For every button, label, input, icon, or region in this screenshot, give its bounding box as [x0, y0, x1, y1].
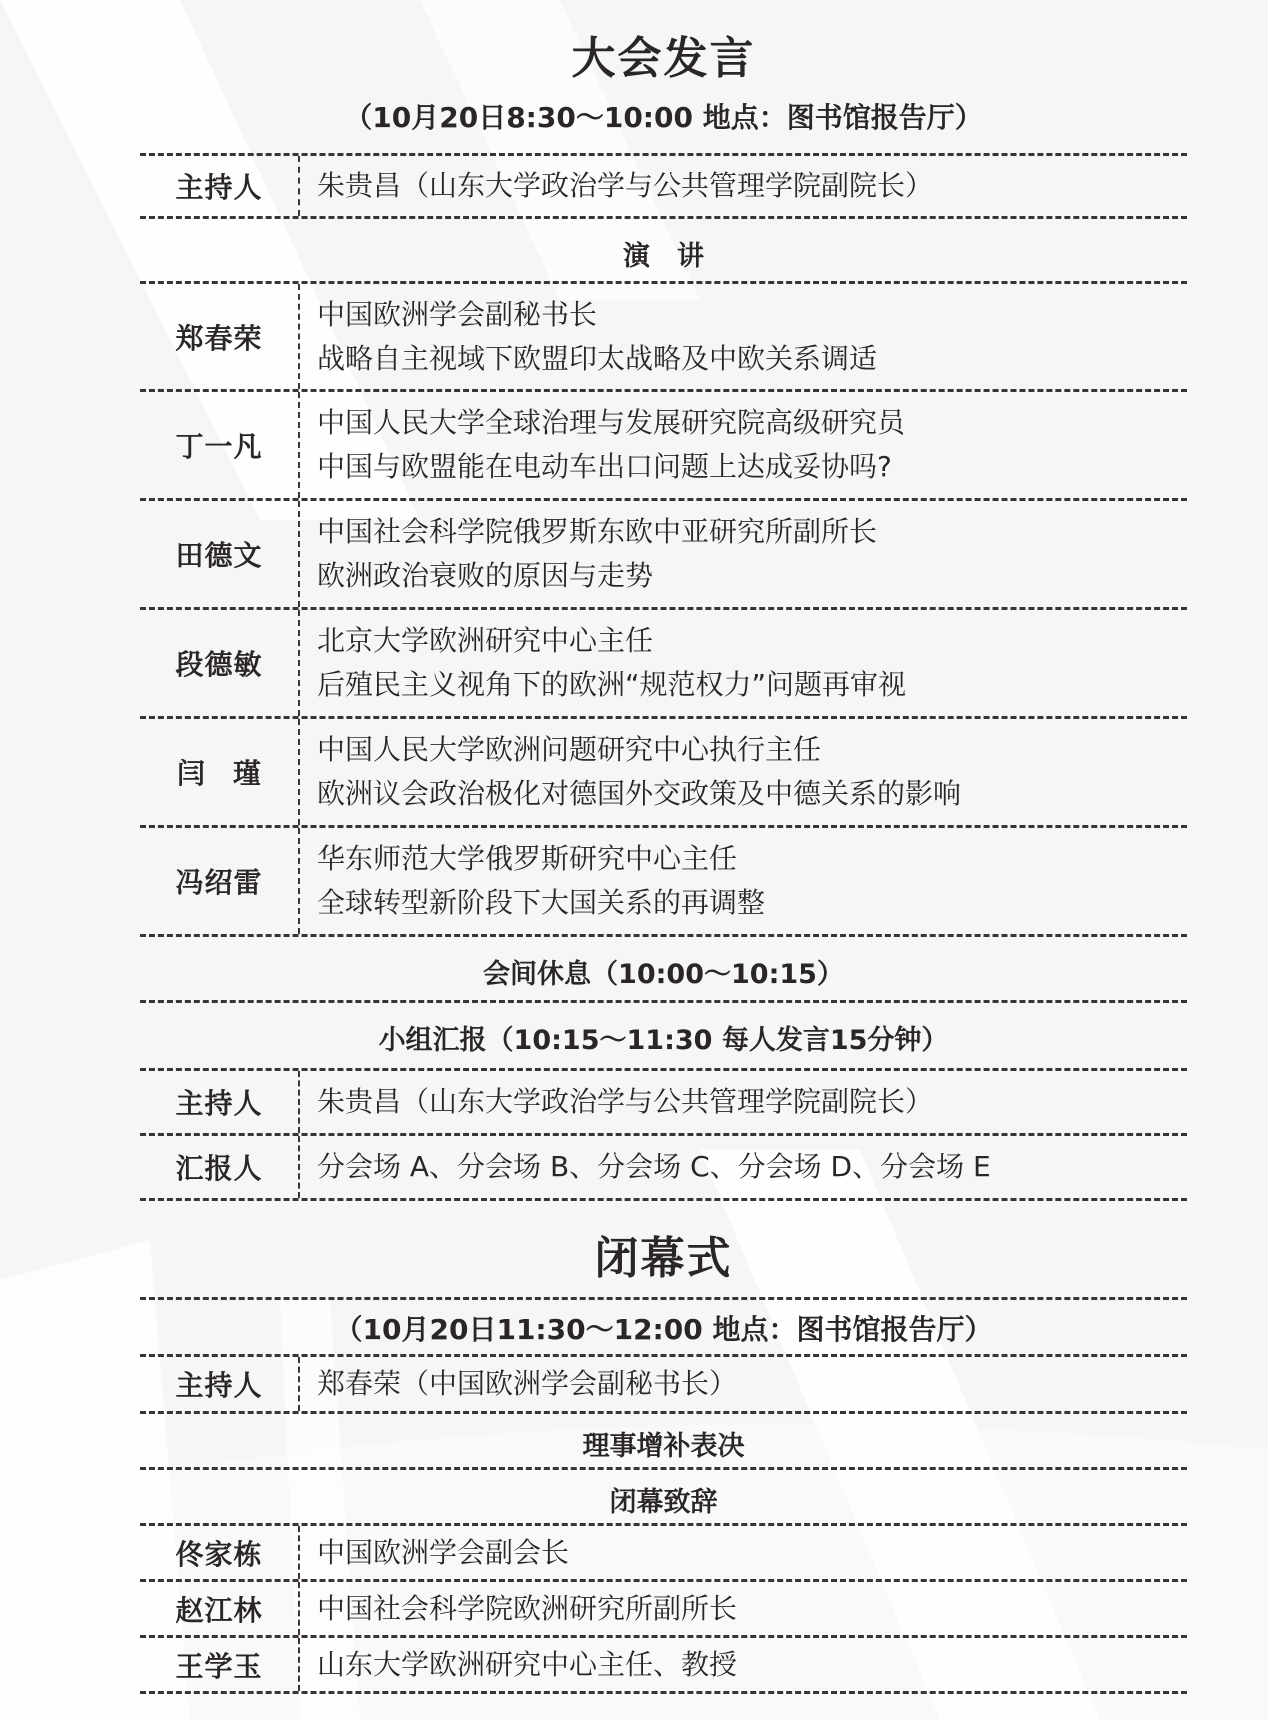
closing-host-row: 主持人 郑春荣（中国欧洲学会副秘书长） — [140, 1357, 1187, 1411]
host-name: 朱贵昌（山东大学政治学与公共管理学院副院长） — [317, 164, 1187, 208]
speaker-affiliation: 中国欧洲学会副会长 — [317, 1531, 1187, 1575]
speaker-name: 丁一凡 — [140, 392, 300, 498]
speaker-row: 丁一凡 中国人民大学全球治理与发展研究院高级研究员中国与欧盟能在电动车出口问题上… — [140, 392, 1187, 498]
speaker-topic: 欧洲议会政治极化对德国外交政策及中德关系的影响 — [317, 772, 1187, 816]
divider — [140, 1411, 1187, 1414]
closing-speaker-row: 佟家栋 中国欧洲学会副会长 — [140, 1526, 1187, 1579]
divider — [140, 1198, 1187, 1201]
divider — [140, 1000, 1187, 1003]
divider — [140, 1691, 1187, 1694]
speaker-name: 闫瑾 — [140, 719, 300, 825]
speaker-affiliation: 中国欧洲学会副秘书长 — [317, 293, 1187, 337]
speaker-affiliation: 北京大学欧洲研究中心主任 — [317, 619, 1187, 663]
plenary-subtitle: （10月20日8:30～10:00 地点：图书馆报告厅） — [140, 96, 1187, 136]
speaker-name: 佟家栋 — [140, 1526, 300, 1579]
break-row: 会间休息（10:00～10:15） — [140, 952, 1187, 991]
host-label: 主持人 — [140, 1071, 300, 1133]
speaker-topic: 战略自主视域下欧盟印太战略及中欧关系调适 — [317, 337, 1187, 381]
speaker-row: 段德敏 北京大学欧洲研究中心主任后殖民主义视角下的欧洲“规范权力”问题再审视 — [140, 610, 1187, 716]
plenary-title: 大会发言 — [140, 22, 1187, 86]
host-value: 朱贵昌（山东大学政治学与公共管理学院副院长） — [300, 156, 1187, 216]
speaker-name: 郑春荣 — [140, 284, 300, 389]
divider — [140, 1467, 1187, 1470]
vote-row: 理事增补表决 — [140, 1424, 1187, 1463]
host-label: 主持人 — [140, 1357, 300, 1411]
divider — [140, 934, 1187, 937]
speaker-topic: 全球转型新阶段下大国关系的再调整 — [317, 881, 1187, 925]
speaker-row: 冯绍雷 华东师范大学俄罗斯研究中心主任全球转型新阶段下大国关系的再调整 — [140, 828, 1187, 934]
speaker-row: 闫瑾 中国人民大学欧洲问题研究中心执行主任欧洲议会政治极化对德国外交政策及中德关… — [140, 719, 1187, 825]
reporters-row: 汇报人 分会场 A、分会场 B、分会场 C、分会场 D、分会场 E — [140, 1136, 1187, 1198]
host-name: 郑春荣（中国欧洲学会副秘书长） — [317, 1362, 1187, 1406]
speaker-affiliation: 中国人民大学全球治理与发展研究院高级研究员 — [317, 401, 1187, 445]
speaker-topic: 后殖民主义视角下的欧洲“规范权力”问题再审视 — [317, 663, 1187, 707]
host-row: 主持人 朱贵昌（山东大学政治学与公共管理学院副院长） — [140, 156, 1187, 216]
group-report-row: 小组汇报（10:15～11:30 每人发言15分钟） — [140, 1018, 1187, 1057]
host-name: 朱贵昌（山东大学政治学与公共管理学院副院长） — [317, 1080, 1187, 1124]
host-label: 主持人 — [140, 156, 300, 216]
speaker-affiliation: 中国社会科学院欧洲研究所副所长 — [317, 1587, 1187, 1631]
speech-header: 演 讲 — [140, 234, 1187, 273]
group-host-row: 主持人 朱贵昌（山东大学政治学与公共管理学院副院长） — [140, 1071, 1187, 1133]
speaker-row: 田德文 中国社会科学院俄罗斯东欧中亚研究所副所长欧洲政治衰败的原因与走势 — [140, 501, 1187, 607]
speaker-name: 田德文 — [140, 501, 300, 607]
closing-speaker-row: 王学玉 山东大学欧洲研究中心主任、教授 — [140, 1638, 1187, 1691]
divider — [140, 1297, 1187, 1300]
closing-subtitle: （10月20日11:30～12:00 地点：图书馆报告厅） — [140, 1308, 1187, 1348]
closing-speaker-row: 赵江林 中国社会科学院欧洲研究所副所长 — [140, 1582, 1187, 1635]
divider — [140, 216, 1187, 219]
speaker-topic: 欧洲政治衰败的原因与走势 — [317, 554, 1187, 598]
reporters-label: 汇报人 — [140, 1136, 300, 1198]
speaker-name: 王学玉 — [140, 1638, 300, 1691]
speaker-name: 冯绍雷 — [140, 828, 300, 934]
speaker-affiliation: 中国社会科学院俄罗斯东欧中亚研究所副所长 — [317, 510, 1187, 554]
closing-title: 闭幕式 — [140, 1222, 1187, 1286]
speaker-name: 赵江林 — [140, 1582, 300, 1635]
speaker-affiliation: 山东大学欧洲研究中心主任、教授 — [317, 1643, 1187, 1687]
speaker-topic: 中国与欧盟能在电动车出口问题上达成妥协吗? — [317, 445, 1187, 489]
speaker-row: 郑春荣 中国欧洲学会副秘书长战略自主视域下欧盟印太战略及中欧关系调适 — [140, 284, 1187, 389]
reporters-value: 分会场 A、分会场 B、分会场 C、分会场 D、分会场 E — [317, 1145, 1187, 1189]
speaker-affiliation: 中国人民大学欧洲问题研究中心执行主任 — [317, 728, 1187, 772]
closing-speech-header: 闭幕致辞 — [140, 1480, 1187, 1519]
speaker-affiliation: 华东师范大学俄罗斯研究中心主任 — [317, 837, 1187, 881]
speaker-name: 段德敏 — [140, 610, 300, 716]
